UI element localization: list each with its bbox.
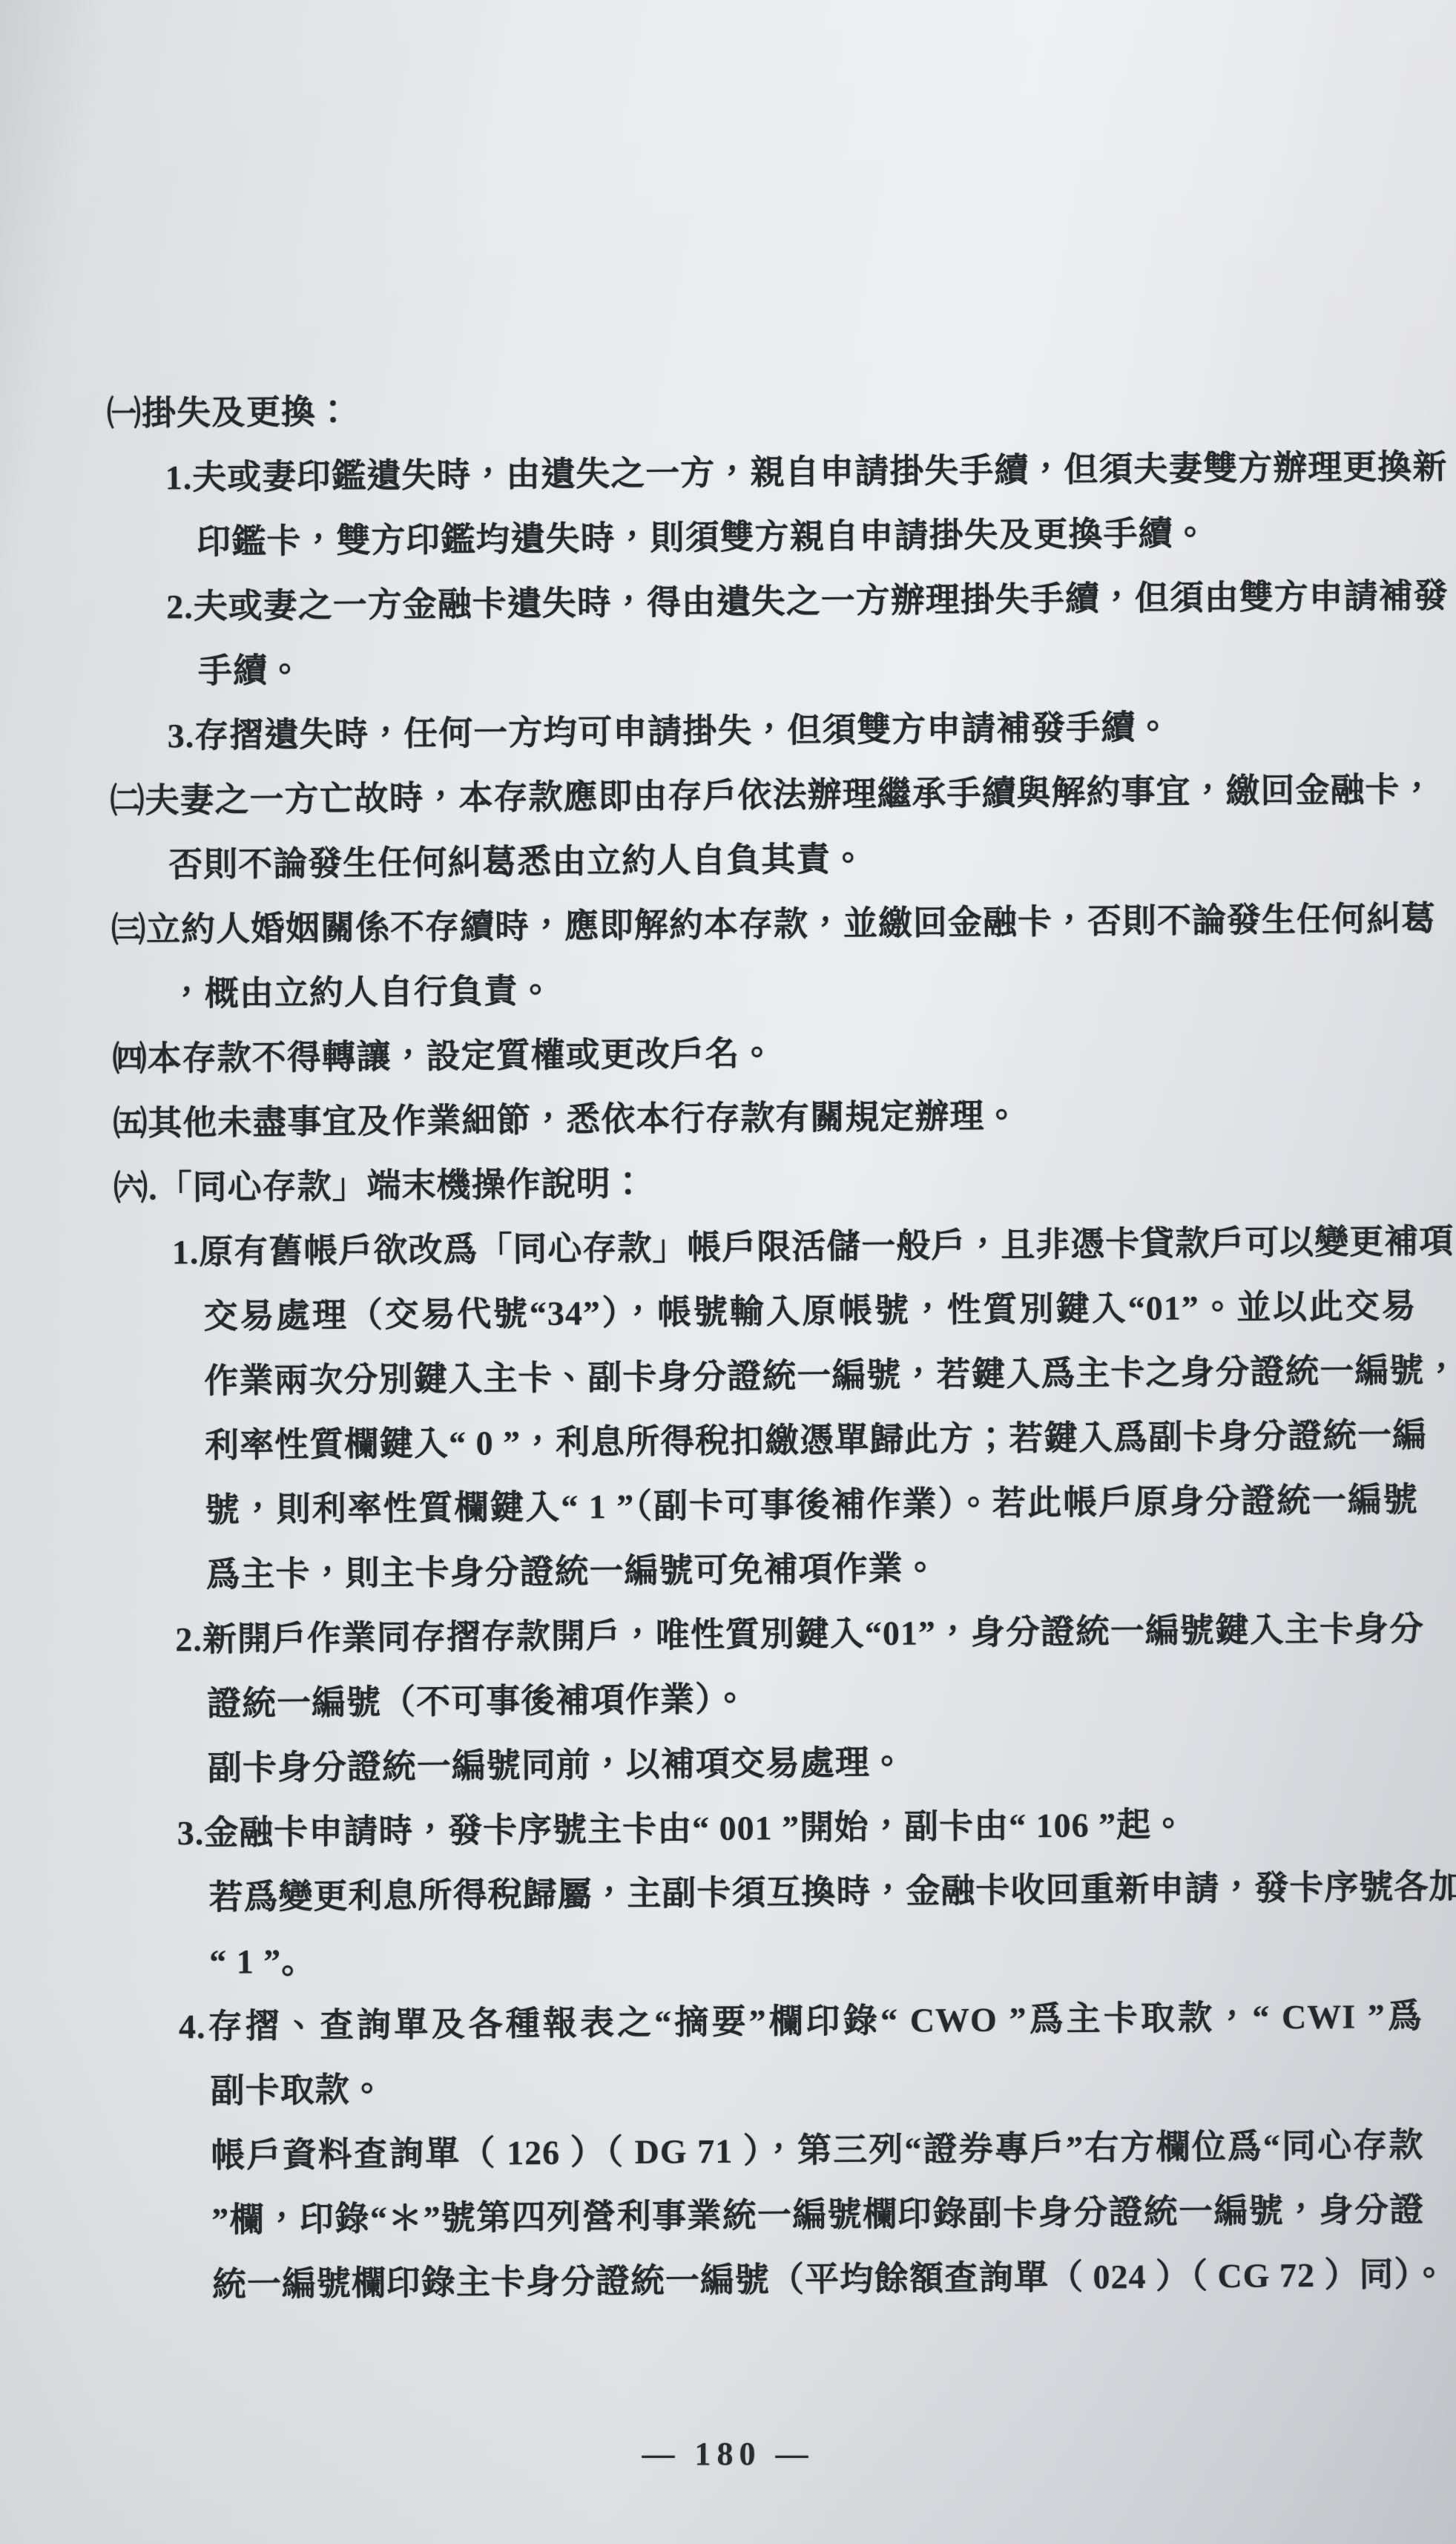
section-line-6: ㈥.「同心存款」端末機操作說明： xyxy=(113,1145,1416,1220)
section-line-4: ㈣本存款不得轉讓，設定質權或更改戶名。 xyxy=(112,1016,1414,1091)
document-line: 利率性質欄鍵入“ 0 ”，利息所得稅扣繳憑單歸此方；若鍵入爲副卡身分證統一編 xyxy=(116,1403,1418,1479)
document-line: 作業兩次分別鍵入主卡、副卡身分證統一編號，若鍵入爲主卡之身分證統一編號， xyxy=(115,1338,1417,1414)
scanned-document-page: ㈠掛失及更換： 1.夫或妻印鑑遺失時，由遺失之一方，親自申請掛失手續，但須夫妻雙… xyxy=(0,0,1456,2544)
document-line: 否則不論發生任何糾葛悉由立約人自負其責。 xyxy=(111,822,1413,898)
document-line: ”欄，印錄“＊”號第四列營利事業統一編號欄印錄副卡身分證統一編號，身分證 xyxy=(122,2177,1425,2253)
document-line: 3.存摺遺失時，任何一方均可申請掛失，但須雙方申請補發手續。 xyxy=(109,693,1411,769)
document-line: 號，則利率性質欄鍵入“ 1 ”（副卡可事後補作業）。若此帳戶原身分證統一編號 xyxy=(116,1467,1419,1543)
document-line: 手續。 xyxy=(109,628,1411,704)
document-line: 帳戶資料查詢單（ 126 ）（ DG 71 ），第三列“證券專戶”右方欄位爲“同… xyxy=(122,2113,1424,2189)
document-line: ，概由立約人自行負責。 xyxy=(111,951,1414,1027)
document-line: 證統一編號（不可事後補項作業）。 xyxy=(118,1661,1420,1737)
document-line: 印鑑卡，雙方印鑑均遺失時，則須雙方親自申請掛失及更換手續。 xyxy=(108,499,1410,575)
section-line-5: ㈤其他未盡事宜及作業細節，悉依本行存款有關規定辦理。 xyxy=(113,1080,1415,1156)
document-line: 3.金融卡申請時，發卡序號主卡由“ 001 ”開始，副卡由“ 106 ”起。 xyxy=(119,1790,1421,1866)
section-line-1: ㈠掛失及更換： xyxy=(107,370,1409,446)
section-line-3: ㈢立約人婚姻關係不存續時，應即解約本存款，並繳回金融卡，否則不論發生任何糾葛 xyxy=(111,887,1414,962)
document-line: 統一編號欄印錄主卡身分證統一編號（平均餘額查詢單（ 024 ）（ CG 72 ）… xyxy=(123,2242,1426,2318)
document-line: 2.新開戶作業同存摺存款開戶，唯性質別鍵入“01”，身分證統一編號鍵入主卡身分 xyxy=(117,1597,1420,1672)
document-line: 1.夫或妻印鑑遺失時，由遺失之一方，親自申請掛失手續，但須夫妻雙方辦理更換新 xyxy=(107,435,1409,510)
document-line: 副卡身分證統一編號同前，以補項交易處理。 xyxy=(119,1726,1421,1801)
document-line: 爲主卡，則主卡身分證統一編號可免補項作業。 xyxy=(116,1532,1419,1608)
document-line: 1.原有舊帳戶欲改爲「同心存款」帳戶限活儲一般戶，且非憑卡貸款戶可以變更補項 xyxy=(113,1209,1416,1285)
document-body: ㈠掛失及更換： 1.夫或妻印鑑遺失時，由遺失之一方，親自申請掛失手續，但須夫妻雙… xyxy=(107,370,1426,2318)
document-line: 若爲變更利息所得稅歸屬，主副卡須互換時，金融卡收回重新申請，發卡序號各加 xyxy=(119,1855,1422,1930)
section-line-2: ㈡夫妻之一方亡故時，本存款應即由存戶依法辦理繼承手續與解約事宜，繳回金融卡， xyxy=(110,757,1412,833)
document-line: “ 1 ”。 xyxy=(120,1919,1423,1995)
document-line: 2.夫或妻之一方金融卡遺失時，得由遺失之一方辦理掛失手續，但須由雙方申請補發 xyxy=(108,564,1411,640)
document-line: 交易處理（交易代號“34”），帳號輸入原帳號，性質別鍵入“01”。並以此交易 xyxy=(114,1274,1417,1350)
document-line: 副卡取款。 xyxy=(121,2048,1423,2124)
page-number: — 180 — xyxy=(0,2435,1456,2473)
document-line: 4.存摺、查詢單及各種報表之“摘要”欄印錄“ CWO ”爲主卡取款，“ CWI … xyxy=(121,1984,1423,2060)
